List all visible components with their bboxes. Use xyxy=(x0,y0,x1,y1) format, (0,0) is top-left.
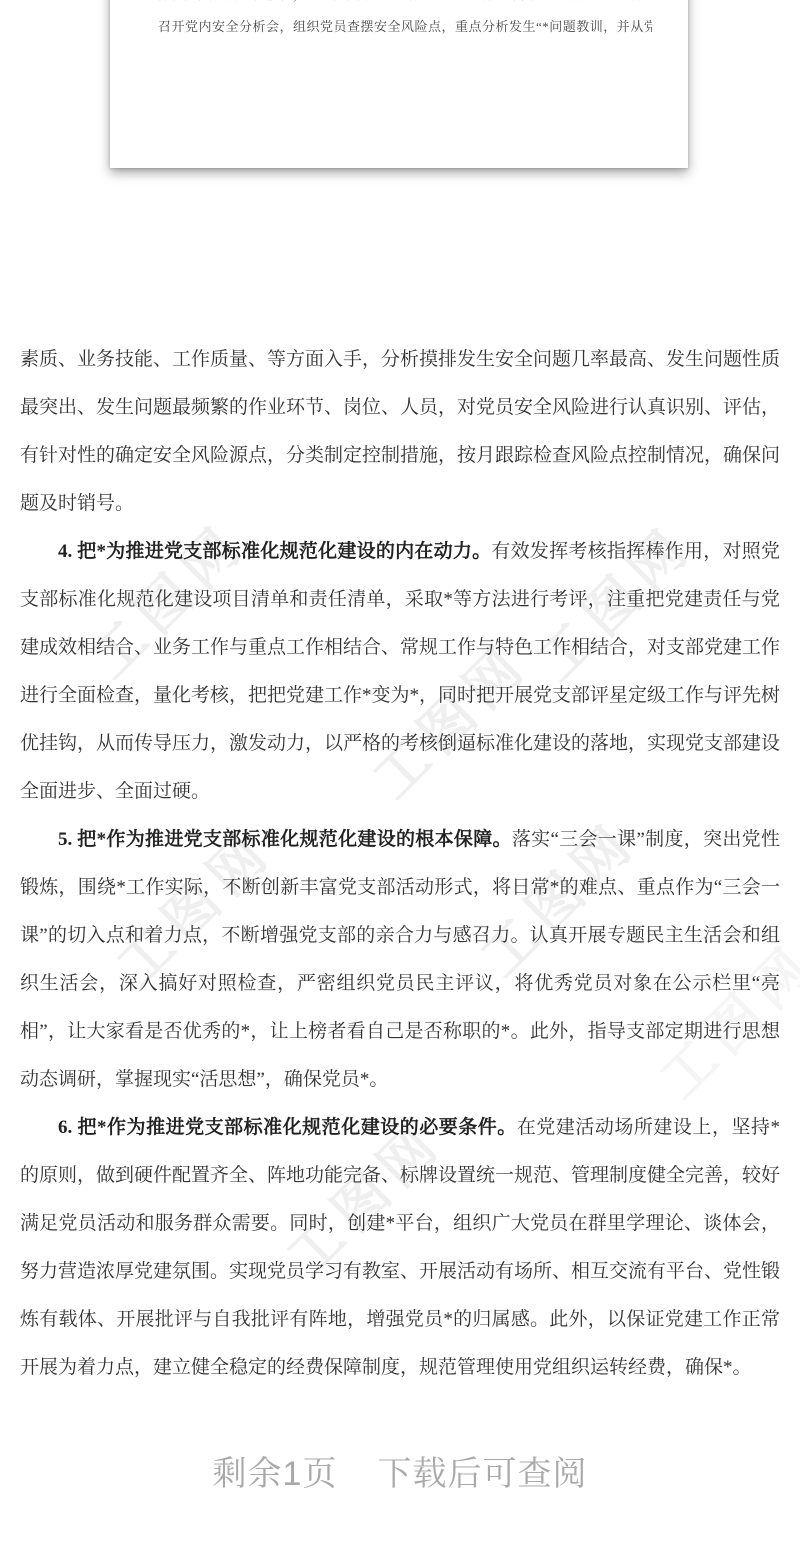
paragraph-heading: 4. 把*为推进党支部标准化规范化建设的内在动力。 xyxy=(58,541,491,562)
paragraph: 素质、业务技能、工作质量、等方面入手，分析摸排发生安全问题几率最高、发生问题性质… xyxy=(20,336,780,528)
remaining-pages-count: 剩余1页 xyxy=(213,1446,338,1495)
document-preview-page: 激发党员抓安全积极性，引导党员结合*岗位、日常工作实践中提高对安全风险的控制，积… xyxy=(110,0,688,168)
paragraph-heading: 6. 把*作为推进党支部标准化规范化建设的必要条件。 xyxy=(58,1117,517,1138)
remaining-pages-notice: 剩余1页 下载后可查阅 xyxy=(0,1446,800,1495)
paragraph-text: 落实“三会一课”制度，突出党性锻炼，围绕*工作实际，不断创新丰富党支部活动形式，… xyxy=(20,829,780,1090)
paragraph-text: 在党建活动场所建设上，坚持*的原则，做到硬件配置齐全、阵地功能完备、标牌设置统一… xyxy=(20,1117,780,1378)
paragraph: 4. 把*为推进党支部标准化规范化建设的内在动力。有效发挥考核指挥棒作用，对照党… xyxy=(20,528,780,816)
paragraph-heading: 5. 把*作为推进党支部标准化规范化建设的根本保障。 xyxy=(58,829,512,850)
paragraph: 5. 把*作为推进党支部标准化规范化建设的根本保障。落实“三会一课”制度，突出党… xyxy=(20,816,780,1104)
paragraph: 6. 把*作为推进党支部标准化规范化建设的必要条件。在党建活动场所建设上，坚持*… xyxy=(20,1104,780,1392)
download-hint: 下载后可查阅 xyxy=(377,1446,587,1495)
paragraph-text: 素质、业务技能、工作质量、等方面入手，分析摸排发生安全问题几率最高、发生问题性质… xyxy=(20,349,780,514)
preview-text-line-clipped: 激发党员抓安全积极性，引导党员结合*岗位、日常工作实践中提高对安全风险的控制，积… xyxy=(158,0,652,4)
paragraph-text: 有效发挥考核指挥棒作用，对照党支部标准化规范化建设项目清单和责任清单，采取*等方… xyxy=(20,541,780,802)
document-body: 素质、业务技能、工作质量、等方面入手，分析摸排发生安全问题几率最高、发生问题性质… xyxy=(20,336,780,1392)
preview-text-line: 召开党内安全分析会，组织党员查摆安全风险点，重点分析发生“*问题教训，并从党员思… xyxy=(158,18,652,36)
